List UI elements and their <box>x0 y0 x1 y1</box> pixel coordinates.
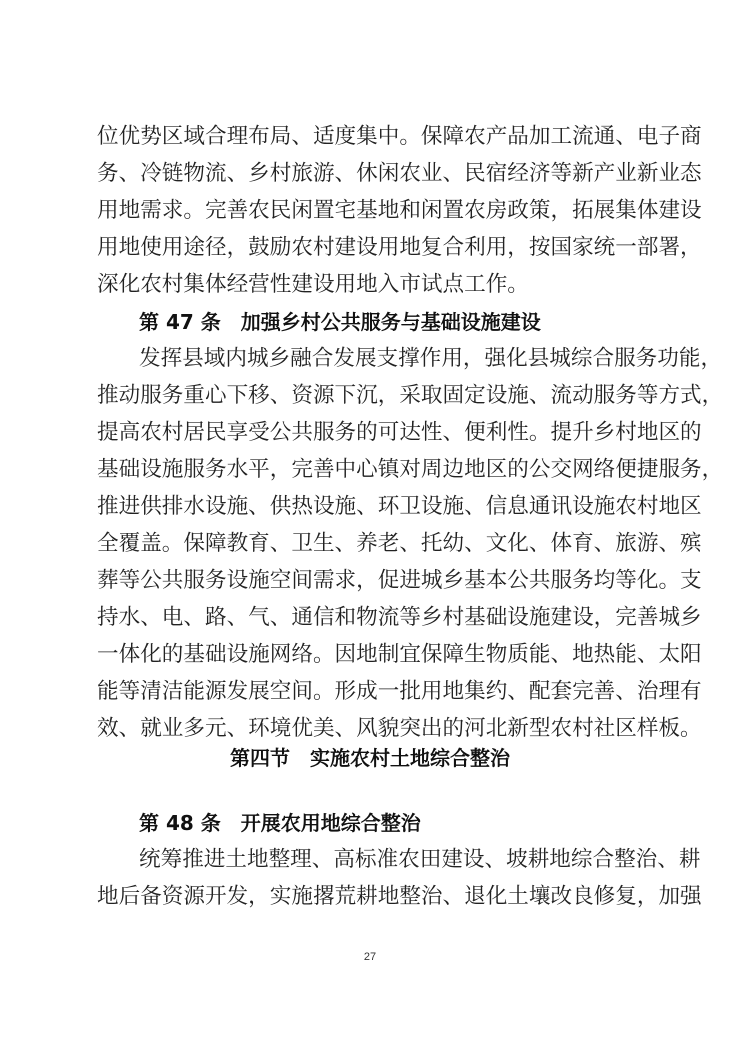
article-47-heading: 第 47 条 加强乡村公共服务与基础设施建设 <box>139 307 541 337</box>
body-text-line: 提高农村居民享受公共服务的可达性、便利性。提升乡村地区的 <box>97 418 647 448</box>
body-text-line: 效、就业多元、环境优美、风貌突出的河北新型农村社区样板。 <box>97 714 647 744</box>
body-text-line: 持水、电、路、气、通信和物流等乡村基础设施建设，完善城乡 <box>97 603 647 633</box>
body-text-line: 能等清洁能源发展空间。形成一批用地集约、配套完善、治理有 <box>97 677 647 707</box>
body-text-line: 用地使用途径，鼓励农村建设用地复合利用，按国家统一部署， <box>97 233 647 263</box>
page-number: 27 <box>0 951 740 963</box>
body-text-line: 位优势区域合理布局、适度集中。保障农产品加工流通、电子商 <box>97 122 647 152</box>
body-text-line: 推进供排水设施、供热设施、环卫设施、信息通讯设施农村地区 <box>97 492 647 522</box>
body-text-line: 推动服务重心下移、资源下沉，采取固定设施、流动服务等方式， <box>97 381 647 411</box>
body-text-line: 一体化的基础设施网络。因地制宜保障生物质能、地热能、太阳 <box>97 640 647 670</box>
body-text-line: 地后备资源开发，实施撂荒耕地整治、退化土壤改良修复，加强 <box>97 882 647 912</box>
body-text-line: 统筹推进土地整理、高标准农田建设、坡耕地综合整治、耕 <box>139 845 647 875</box>
body-text-line: 葬等公共服务设施空间需求，促进城乡基本公共服务均等化。支 <box>97 566 647 596</box>
body-text-line: 全覆盖。保障教育、卫生、养老、托幼、文化、体育、旅游、殡 <box>97 529 647 559</box>
body-text-line: 深化农村集体经营性建设用地入市试点工作。 <box>97 270 647 300</box>
body-text-line: 发挥县域内城乡融合发展支撑作用，强化县城综合服务功能， <box>139 344 647 374</box>
document-page: 位优势区域合理布局、适度集中。保障农产品加工流通、电子商 务、冷链物流、乡村旅游… <box>0 0 740 1047</box>
body-text-line: 务、冷链物流、乡村旅游、休闲农业、民宿经济等新产业新业态 <box>97 159 647 189</box>
section-4-heading: 第四节 实施农村土地综合整治 <box>0 743 740 773</box>
article-48-heading: 第 48 条 开展农用地综合整治 <box>139 808 421 838</box>
body-text-line: 基础设施服务水平，完善中心镇对周边地区的公交网络便捷服务， <box>97 455 647 485</box>
body-text-line: 用地需求。完善农民闲置宅基地和闲置农房政策，拓展集体建设 <box>97 196 647 226</box>
